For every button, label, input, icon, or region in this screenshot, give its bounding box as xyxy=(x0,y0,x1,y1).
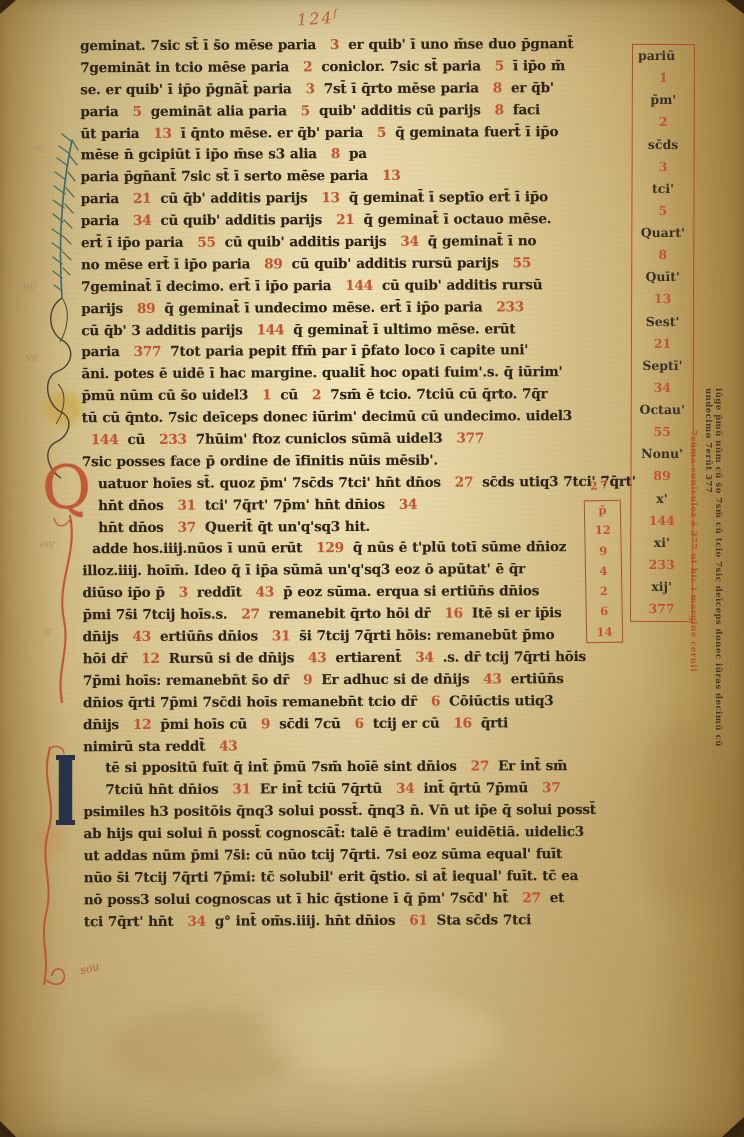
red-numeral: 31 xyxy=(272,628,290,644)
text-segment: 7hūim' ftoz cuniclos sūmā uidel3 xyxy=(196,431,443,448)
photo-corner xyxy=(0,0,16,14)
text-segment: 7tot paria pepit ffm̄ par ī p̄fato loco … xyxy=(170,343,528,361)
red-numeral: 12 xyxy=(141,651,159,667)
text-segment: dn̄ijs xyxy=(83,629,119,645)
text-segment: q̄ geminat̄ ī undecimo mēse. ert̄ ī ip̄o… xyxy=(164,299,482,316)
calc-box-note: 27 xyxy=(589,478,612,493)
text-line: āni. potes ē uidē ī hac margine. qualit̄… xyxy=(81,364,629,388)
text-segment: cū q̄b' 3 additis parijs xyxy=(81,322,242,339)
text-segment: reddīt xyxy=(197,585,242,601)
fib-table-header: pariū xyxy=(635,50,692,63)
red-numeral: 129 xyxy=(316,541,344,557)
text-segment: illoz.iiij. hoīm̄. Ideo q̄ ī ip̄a sūmā u… xyxy=(82,562,525,580)
text-line: 7sic posses face p̄ ordine de īfinitis n… xyxy=(82,452,630,476)
text-line: hōi dr̄ 12Rursū si de dn̄ijs 43ertiarent… xyxy=(83,649,631,673)
margin-note: viij' xyxy=(23,282,37,291)
red-numeral: 3 xyxy=(179,585,188,601)
text-line: dn̄ijs 12p̄mi hoīs cū 9sc̄di 7cū 6tcij e… xyxy=(83,714,631,738)
red-numeral: 37 xyxy=(542,780,560,796)
text-segment: p̄mi 7s̄i 7tcij hoīs.s. xyxy=(83,607,228,624)
red-numeral: 55 xyxy=(513,255,531,271)
text-segment: āni. potes ē uidē ī hac margine. qualit̄… xyxy=(81,364,562,382)
fib-value: 13 xyxy=(634,293,691,306)
text-segment: gemināt alia paria xyxy=(151,103,287,120)
parchment-stain xyxy=(110,1010,300,1090)
red-numeral: 5 xyxy=(301,103,310,119)
text-line: ūt paria 13ī q̄nto mēse. er q̄b' paria 5… xyxy=(80,123,628,147)
photo-corner xyxy=(0,1121,16,1137)
text-segment: Er adhuc si de dn̄ijs xyxy=(321,671,469,688)
red-numeral: 31 xyxy=(232,782,250,798)
text-line: nō poss3 solui cognoscas ut ī hic q̄stio… xyxy=(84,890,632,914)
text-segment: tci 7q̄rt' hn̄t xyxy=(84,913,174,929)
text-line: dn̄ijs 43ertiūn̄s dn̄ios 31s̄i 7tcij 7q̄… xyxy=(83,627,631,651)
text-line: 7gemināt in tcio mēse paria 2coniclor. 7… xyxy=(80,58,628,82)
text-segment: paria xyxy=(81,344,119,360)
margin-mark-red: sou xyxy=(79,960,101,977)
margin-note: vij' xyxy=(33,144,45,153)
calc-value: 9 xyxy=(586,545,621,557)
red-numeral: 89 xyxy=(264,256,282,272)
red-numeral: 144 xyxy=(257,322,285,338)
text-segment: sc̄ds utiq3 7tci' 7q̄rt' xyxy=(482,474,636,491)
red-numeral: 31 xyxy=(177,497,195,513)
calc-value: 4 xyxy=(586,565,621,577)
text-line: 7p̄mi hoīs: remanebn̄t s̄o dr̄ 9Er adhuc… xyxy=(83,671,631,695)
text-segment: 7st̄ ī q̄rto mēse paria xyxy=(324,80,479,97)
text-line: paria 21cū q̄b' additis parijs 13q̄ gemi… xyxy=(81,189,629,213)
red-numeral: 144 xyxy=(345,278,373,294)
fib-value: 5 xyxy=(634,205,691,218)
text-line: tū cū q̄nto. 7sic deīceps donec iūrim' d… xyxy=(82,408,630,432)
text-segment: q̄ nūs ē t'plū totī sūme dn̄ioz xyxy=(353,540,566,557)
parchment-stain xyxy=(630,720,740,910)
text-segment: pa xyxy=(349,146,367,162)
text-line: hn̄t dn̄os 31tci' 7q̄rt' 7p̄m' hn̄t dn̄i… xyxy=(82,496,630,520)
fib-label: x' xyxy=(633,492,690,505)
red-numeral: 233 xyxy=(496,299,524,315)
fib-label: xij' xyxy=(633,581,690,594)
red-numeral: 43 xyxy=(219,738,237,754)
red-numeral: 2 xyxy=(303,59,312,75)
text-segment: dn̄ijs xyxy=(83,717,119,733)
red-numeral: 377 xyxy=(456,430,484,446)
folio-number-text: 124 xyxy=(296,8,334,30)
text-line: parijs 89q̄ geminat̄ ī undecimo mēse. er… xyxy=(81,298,629,322)
calc-value: 14 xyxy=(587,626,622,638)
red-numeral: 27 xyxy=(522,890,540,906)
text-segment: ab hijs qui solui n̄ posst̄ cognoscāt̄: … xyxy=(83,824,584,842)
text-segment: cū quib' additis parijs xyxy=(160,212,322,229)
red-numeral: 61 xyxy=(409,912,427,928)
calc-value: 2 xyxy=(586,586,621,598)
text-segment: nō poss3 solui cognoscas ut ī hic q̄stio… xyxy=(84,890,509,908)
vertical-margin-note-dark: iūge p̄mū nūm cū s̄o 7sm̄ cū tcio 7sic d… xyxy=(703,388,723,788)
red-numeral: 27 xyxy=(471,759,489,775)
red-numeral: 37 xyxy=(178,519,196,535)
text-segment: cū quib' additis rursū parijs xyxy=(292,255,499,272)
text-segment: er quib' ī uno m̄se duo p̄gnant̄ xyxy=(348,36,573,53)
text-segment: cū quib' additis rursū xyxy=(382,277,542,294)
red-numeral: 2 xyxy=(312,387,321,403)
text-segment: diūso ip̄o p̄ xyxy=(82,585,164,601)
text-line: diūso ip̄o p̄ 3reddīt 43p̄ eoz sūma. erq… xyxy=(82,583,630,607)
text-segment: uatuor hoīes st̄. quoz p̄m' 7sc̄ds 7tci'… xyxy=(98,474,441,491)
red-numeral: 13 xyxy=(153,125,171,141)
red-numeral: 233 xyxy=(159,432,187,448)
text-segment: tci' 7q̄rt' 7p̄m' hn̄t dn̄ios xyxy=(205,497,385,514)
text-segment: tē si ppositū fuīt q̄ int̄ p̄mū 7sm̄ hoī… xyxy=(105,759,456,777)
red-numeral: 34 xyxy=(133,213,151,229)
red-numeral: 13 xyxy=(321,190,339,206)
text-line: adde hos.iiij.nūos ī unū erūt 129q̄ nūs … xyxy=(82,539,630,563)
text-segment: et xyxy=(550,890,565,906)
red-numeral: 6 xyxy=(355,716,364,732)
fib-value: 1 xyxy=(635,72,692,85)
text-segment: hn̄t dn̄os xyxy=(98,498,163,514)
initial-i-red-flourish xyxy=(34,742,76,1022)
margin-note: viiij' xyxy=(39,540,56,549)
red-numeral: 34 xyxy=(187,913,205,929)
red-numeral: 43 xyxy=(256,585,274,601)
text-segment: paria xyxy=(81,213,119,229)
red-numeral: 43 xyxy=(308,650,326,666)
text-segment: parijs xyxy=(81,301,123,317)
vertical-margin-note-red: 7sūma cuniculoz ē 377 ut hic ī margine c… xyxy=(688,430,698,760)
text-segment: dn̄ios q̄rti 7p̄mi 7sc̄di hoīs remanebn̄… xyxy=(83,693,417,710)
text-segment: 7gemināt in tcio mēse paria xyxy=(80,59,289,76)
text-segment: ertiarent̄ xyxy=(335,650,401,666)
fib-value: 89 xyxy=(633,470,690,483)
red-numeral: 43 xyxy=(132,629,150,645)
red-numeral: 8 xyxy=(493,80,502,96)
text-segment: coniclor. 7sic st̄ paria xyxy=(321,58,481,75)
red-numeral: 8 xyxy=(331,147,340,163)
text-line: tē si ppositū fuīt q̄ int̄ p̄mū 7sm̄ hoī… xyxy=(83,758,631,782)
red-numeral: 13 xyxy=(382,168,400,184)
fibonacci-margin-table: pariū 1p̄m'2sc̄ds3tci'5Quart'8Quīt'13Ses… xyxy=(630,44,695,622)
calc-value: 6 xyxy=(587,606,622,618)
calc-value: 12 xyxy=(585,525,620,537)
text-line: psimiles h3 positōis q̄nq3 solui posst̄.… xyxy=(83,802,631,826)
fib-label: tci' xyxy=(634,183,691,196)
text-line: hn̄t dn̄os 37Querit̄ q̄t un'q'sq3 hit. xyxy=(82,517,630,541)
text-segment: 7geminat̄ ī decimo. ert̄ ī ip̄o paria xyxy=(81,278,331,295)
text-segment: q̄ geminat̄ ī ultimo mēse. erūt xyxy=(293,321,515,338)
text-line: paria p̄gn̄ant̄ 7sic st̄ ī serto mēse pa… xyxy=(81,167,629,191)
text-segment: ertiūn̄s dn̄ios xyxy=(160,628,258,644)
text-segment: Itē si er ip̄is xyxy=(472,605,562,621)
calculation-box: p̄12942614 xyxy=(584,500,623,644)
red-numeral: 5 xyxy=(133,104,142,120)
text-line: uatuor hoīes st̄. quoz p̄m' 7sc̄ds 7tci'… xyxy=(82,474,630,498)
text-segment: 7sic posses face p̄ ordine de īfinitis n… xyxy=(82,453,438,471)
text-line: paria 34cū quib' additis parijs 21q̄ gem… xyxy=(81,211,629,235)
fib-value: 377 xyxy=(633,603,690,616)
text-segment: paria xyxy=(80,104,118,120)
text-segment: ut addas nūm p̄mi 7s̄i: cū nūo tcij 7q̄r… xyxy=(84,846,563,864)
red-numeral: 12 xyxy=(133,717,151,733)
red-numeral: 55 xyxy=(197,235,215,251)
text-segment: paria p̄gn̄ant̄ 7sic st̄ ī serto mēse pa… xyxy=(81,168,369,185)
text-line: tci 7q̄rt' hn̄t 34g° int̄ om̄s.iiij. hn̄… xyxy=(84,911,632,935)
fib-label: Septī' xyxy=(634,360,691,373)
red-numeral: 34 xyxy=(399,496,417,512)
text-segment: nūo s̄i 7tcij 7q̄rti 7p̄mi: tc̄ solubil'… xyxy=(84,868,579,886)
text-line: paria 5gemināt alia paria 5quib' additis… xyxy=(80,101,628,125)
text-line: 7geminat̄ ī decimo. ert̄ ī ip̄o paria 14… xyxy=(81,277,629,301)
fib-label: Quīt' xyxy=(634,271,691,284)
fib-value: 144 xyxy=(633,515,690,528)
red-numeral: 43 xyxy=(483,671,501,687)
margin-note: iij' xyxy=(43,627,53,636)
text-segment: int̄ q̄rtū 7p̄mū xyxy=(423,781,528,797)
text-line: dn̄ios q̄rti 7p̄mi 7sc̄di hoīs remanebn̄… xyxy=(83,693,631,717)
red-numeral: 9 xyxy=(261,716,270,732)
text-segment: remanebit q̄rto hōi dr̄ xyxy=(269,606,431,623)
red-numeral: 5 xyxy=(377,124,386,140)
text-segment: cū quib' additis parijs xyxy=(225,234,387,251)
red-numeral: 27 xyxy=(455,474,473,490)
red-numeral: 1 xyxy=(262,388,271,404)
red-numeral: 21 xyxy=(133,191,151,207)
text-segment: tcij er cū xyxy=(373,715,440,731)
main-text-block: geminat. 7sic st̄ ī s̄o mēse paria 3er q… xyxy=(80,36,632,936)
photo-corner xyxy=(726,0,744,14)
fib-value: 8 xyxy=(634,249,691,262)
text-segment: p̄ eoz sūma. erqua si ertiūn̄s dn̄ios xyxy=(283,583,539,600)
folio-flourish: ſ xyxy=(333,8,339,19)
fib-value: 233 xyxy=(633,559,690,572)
fib-label: Octau' xyxy=(634,404,691,417)
red-numeral: 16 xyxy=(453,715,471,731)
text-segment: quib' additis cū parijs xyxy=(319,102,481,119)
text-segment: 7tciū hn̄t dn̄ios xyxy=(105,782,218,798)
text-line: geminat. 7sic st̄ ī s̄o mēse paria 3er q… xyxy=(80,36,628,60)
text-line: ab hijs qui solui n̄ posst̄ cognoscāt̄: … xyxy=(83,824,631,848)
text-segment: ert̄ ī ip̄o paria xyxy=(81,235,183,251)
text-line: p̄mi 7s̄i 7tcij hoīs.s. 27remanebit q̄rt… xyxy=(83,605,631,629)
text-line: p̄mū nūm cū s̄o uidel3 1cū 27sm̄ ē tcio.… xyxy=(82,386,630,410)
red-numeral: 34 xyxy=(396,781,414,797)
text-segment: faci xyxy=(513,102,540,118)
fib-label: Sest' xyxy=(634,315,691,328)
text-segment: no mēse ert̄ ī ip̄o paria xyxy=(81,256,250,273)
text-segment: hōi dr̄ xyxy=(83,651,128,667)
text-line: nūo s̄i 7tcij 7q̄rti 7p̄mi: tc̄ solubil'… xyxy=(84,868,632,892)
text-segment: s̄i 7tcij 7q̄rti hōis: remanebūt p̄mo xyxy=(299,627,554,644)
calc-value: p̄ xyxy=(585,505,620,517)
text-segment: 7sm̄ ē tcio. 7tciū cū q̄rto. 7q̄r xyxy=(330,386,547,403)
text-line: se. er quib' ī ip̄o p̄gnāt̄ paria 37st̄ … xyxy=(80,80,628,104)
fib-label: xi' xyxy=(633,537,690,550)
fib-value: 34 xyxy=(634,382,691,395)
text-segment: geminat. 7sic st̄ ī s̄o mēse paria xyxy=(80,37,316,54)
fib-value: 55 xyxy=(634,426,691,439)
parchment-stain xyxy=(260,990,500,1080)
red-numeral: 3 xyxy=(306,81,315,97)
red-numeral: 27 xyxy=(241,607,259,623)
text-segment: cū xyxy=(127,432,145,448)
text-segment: ūt paria xyxy=(80,126,139,142)
text-line: cū q̄b' 3 additis parijs 144q̄ geminat̄ … xyxy=(81,320,629,344)
text-line: mēse n̄ gcipiūt ī ip̄o m̄se s3 alia 8pa xyxy=(81,145,629,169)
margin-note: Nll' xyxy=(25,354,39,363)
text-segment: hn̄t dn̄os xyxy=(98,519,163,535)
red-numeral: 89 xyxy=(137,301,155,317)
text-segment: Querit̄ q̄t un'q'sq3 hit. xyxy=(205,519,370,536)
red-numeral: 6 xyxy=(431,693,440,709)
red-numeral: 144 xyxy=(91,432,119,448)
fib-label: p̄m' xyxy=(635,94,692,107)
text-segment: paria xyxy=(81,191,119,207)
text-line: 7tciū hn̄t dn̄ios 31Er int̄ tciū 7q̄rtū … xyxy=(83,780,631,804)
text-segment: ertiūn̄s xyxy=(511,671,564,687)
red-numeral: 3 xyxy=(330,37,339,53)
text-segment: psimiles h3 positōis q̄nq3 solui posst̄.… xyxy=(83,802,595,820)
text-line: ert̄ ī ip̄o paria 55cū quib' additis par… xyxy=(81,233,629,257)
text-segment: q̄ geminat̄ ī septīo ert̄ ī ip̄o xyxy=(349,189,548,206)
text-line: illoz.iiij. hoīm̄. Ideo q̄ ī ip̄a sūmā u… xyxy=(82,561,630,585)
text-segment: cū q̄b' additis parijs xyxy=(160,190,307,207)
text-segment: q̄ geminat̄ ī octauo mēse. xyxy=(363,211,551,228)
text-segment: q̄ geminata fuert̄ ī ip̄o xyxy=(395,124,558,141)
text-segment: se. er quib' ī ip̄o p̄gnāt̄ paria xyxy=(80,81,291,98)
text-segment: g° int̄ om̄s.iiij. hn̄t dn̄ios xyxy=(215,912,395,929)
text-segment: er q̄b' xyxy=(511,80,554,96)
text-segment: p̄mi hoīs cū xyxy=(160,716,247,732)
red-numeral: 21 xyxy=(336,212,354,228)
folio-number: 124ſ xyxy=(296,8,339,30)
fib-value: 2 xyxy=(635,116,692,129)
red-numeral: 377 xyxy=(134,344,162,360)
fib-value: 3 xyxy=(635,161,692,174)
text-segment: ī ip̄o m̄ xyxy=(513,58,565,74)
fib-label: sc̄ds xyxy=(635,138,692,151)
text-line: ut addas nūm p̄mi 7s̄i: cū nūo tcij 7q̄r… xyxy=(84,846,632,870)
red-numeral: 5 xyxy=(495,58,504,74)
text-segment: q̄rti xyxy=(481,715,508,731)
text-segment: Er int̄ tciū 7q̄rtū xyxy=(260,781,382,798)
fib-label: Nonu' xyxy=(634,448,691,461)
photo-corner xyxy=(722,1117,744,1137)
text-segment: Er int̄ sm̄ xyxy=(498,758,567,774)
text-segment: mēse n̄ gcipiūt ī ip̄o m̄se s3 alia xyxy=(81,147,317,164)
red-numeral: 34 xyxy=(400,234,418,250)
text-segment: adde hos.iiij.nūos ī unū erūt xyxy=(92,541,302,558)
text-segment: Sta sc̄ds 7tci xyxy=(437,912,531,928)
text-line: no mēse ert̄ ī ip̄o paria 89cū quib' add… xyxy=(81,255,629,279)
text-segment: tū cū q̄nto. 7sic deīceps donec iūrim' d… xyxy=(82,408,572,426)
text-line: nimirū sta reddt̄ 43 xyxy=(83,736,631,760)
text-segment: 7p̄mi hoīs: remanebn̄t s̄o dr̄ xyxy=(83,672,289,689)
red-numeral: 8 xyxy=(495,102,504,118)
text-line: paria 3777tot paria pepit ffm̄ par ī p̄f… xyxy=(81,342,629,366)
fib-label: Quart' xyxy=(634,227,691,240)
text-segment: Rursū si de dn̄ijs xyxy=(169,650,294,667)
manuscript-page: 124ſ Q vij' viij' Nll' viiij' iij' sou g… xyxy=(0,0,744,1137)
text-line: 144cū 2337hūim' ftoz cuniclos sūmā uidel… xyxy=(82,430,630,454)
red-numeral: 34 xyxy=(415,650,433,666)
text-segment: q̄ geminat̄ ī no xyxy=(428,233,537,249)
text-segment: cū xyxy=(280,388,298,404)
text-segment: ī q̄nto mēse. er q̄b' paria xyxy=(181,125,363,142)
red-numeral: 16 xyxy=(444,606,462,622)
text-segment: p̄mū nūm cū s̄o uidel3 xyxy=(82,388,249,405)
text-segment: sc̄di 7cū xyxy=(279,716,341,732)
red-numeral: 9 xyxy=(303,672,312,688)
text-segment: Cōiūctis utiq3 xyxy=(449,693,553,709)
text-segment: nimirū sta reddt̄ xyxy=(83,738,205,755)
fib-value: 21 xyxy=(634,338,691,351)
text-segment: .s. dr̄ tcij 7q̄rti hōis xyxy=(443,649,586,666)
